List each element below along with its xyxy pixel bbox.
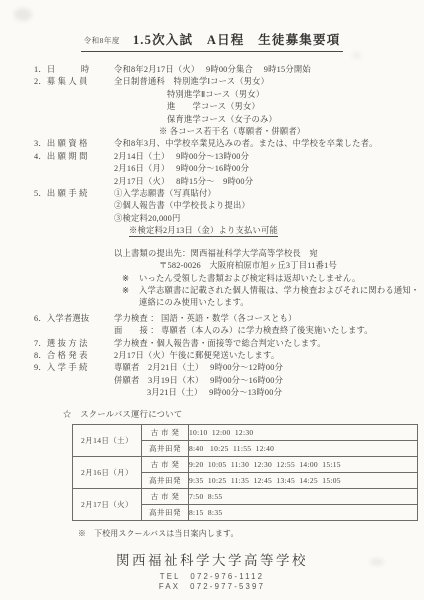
section-method: 7．選 抜 方 法 学力検査・個人報告書・面接等で総合判定いたします。 — [34, 338, 416, 350]
procedure-line: ②個人報告書（中学校長より提出） — [114, 200, 416, 212]
bus-times-cell: 9:35 10:25 11:35 12:45 13:45 14:25 15:05 — [189, 472, 418, 488]
enrollment-line: 3月21日（土） 9時00分～13時00分 — [147, 387, 416, 399]
section-selection-label: 6．入学者選抜 — [34, 313, 114, 325]
section-announcement-label: 8．合 格 発 表 — [34, 350, 114, 362]
enrollment-line: 併願者 3月19日（木） 9時00分～16時00分 — [114, 375, 416, 387]
enrollment-line: 専願者 2月21日（土） 9時00分～12時00分 — [114, 362, 416, 374]
bus-stop-cell: 高井田発 — [142, 440, 189, 456]
submission-block: 以上書類の提出先：関西福祉科学大学高等学校長 宛 〒582-0026 大阪府柏原… — [34, 248, 416, 310]
capacity-note: ※ 各コース若干名（専願者・併願者） — [159, 126, 416, 138]
page-title: 1.5次入試 A日程 生徒募集要項 — [133, 33, 341, 47]
tel-number: TEL 072-976-1112 — [0, 572, 424, 583]
section-period: 4．出 願 期 間 2月14日（土） 9時00分～13時00分 — [34, 151, 416, 163]
period-line: 2月16日（月） 9時00分～16時00分 — [114, 163, 416, 175]
bus-date-cell: 2月16日（月） — [73, 456, 142, 488]
school-bus-heading: ☆ スクールバス運行について — [63, 408, 424, 420]
section-capacity-label: 2．募 集 人 員 — [34, 76, 114, 88]
section-announcement: 8．合 格 発 表 2月17日（火）午後に郵便発送いたします。 — [34, 350, 416, 362]
submission-note-text: 入学志願書に記載された個人情報は、学力検査およびそれに関わる通知・ — [139, 285, 419, 297]
bus-times-cell: 9:20 10:05 11:30 12:30 12:55 14:00 15:15 — [189, 456, 418, 472]
section-eligibility: 3．出 願 資 格 令和8年3月、中学校卒業見込みの者。または、中学校を卒業した… — [34, 138, 416, 150]
procedure-line: ③検定料20,000円 — [114, 213, 416, 225]
document-body: 1．日 時 令和8年2月17日（火） 9時00分集合 9時15分開始 2．募 集… — [34, 64, 416, 400]
section-enrollment-label: 9．入 学 手 続 — [34, 362, 114, 374]
table-row: 2月14日（土） 古 市 発 10:10 12:00 12:30 — [73, 424, 418, 440]
selection-line: 学力検査 ： 国語・英語・数学（各コースとも） — [114, 313, 416, 325]
document-footer: 関西福祉科学大学高等学校 TEL 072-976-1112 FAX 072-97… — [0, 549, 424, 593]
fee-payment-note-text: ※検定料2月13日（金）より支払い可能 — [129, 225, 278, 237]
scan-artifact — [14, 8, 32, 21]
section-procedure: 5．出 願 手 続 ①入学志願書（写真貼付） — [34, 188, 416, 200]
section-eligibility-label: 3．出 願 資 格 — [34, 138, 114, 150]
bus-return-note: ※ 下校用スクールバスは当日案内します。 — [78, 528, 424, 539]
bus-stop-cell: 高井田発 — [142, 472, 189, 488]
scanned-admission-document: 令和8年度 1.5次入試 A日程 生徒募集要項 1．日 時 令和8年2月17日（… — [0, 0, 424, 600]
submission-note-text: いったん受領した書類および検定料は返却いたしません。 — [139, 273, 360, 285]
course-line: 進 学コース（男女） — [167, 101, 416, 113]
fee-payment-note: ※検定料2月13日（金）より支払い可能 — [129, 225, 416, 237]
note-asterisk: ※ — [122, 285, 139, 297]
era-year-label: 令和8年度 — [84, 36, 120, 45]
submission-note: ※ 入学志願書に記載された個人情報は、学力検査およびそれに関わる通知・ — [122, 285, 416, 297]
section-method-label: 7．選 抜 方 法 — [34, 338, 114, 350]
section-method-text: 学力検査・個人報告書・面接等で総合判定いたします。 — [114, 338, 416, 350]
bus-date-cell: 2月14日（土） — [73, 424, 142, 456]
scan-artifact — [370, 558, 384, 566]
period-line: 2月17日（火） 8時15分～ 9時00分 — [114, 176, 416, 188]
bus-times-cell: 8:40 10:25 11:55 12:40 — [189, 440, 418, 456]
bus-stop-cell: 古 市 発 — [142, 488, 189, 504]
school-name: 関西福祉科学大学高等学校 — [0, 549, 424, 569]
section-date-label: 1．日 時 — [34, 64, 114, 76]
procedure-line: ①入学志願書（写真貼付） — [114, 188, 416, 200]
selection-line: 面 接 ： 専願者（本人のみ）に学力検査終了後実施いたします。 — [114, 325, 416, 337]
bus-stop-cell: 高井田発 — [142, 504, 189, 520]
table-row: 2月16日（月） 古 市 発 9:20 10:05 11:30 12:30 12… — [73, 456, 418, 472]
section-eligibility-text: 令和8年3月、中学校卒業見込みの者。または、中学校を卒業した者。 — [114, 138, 416, 150]
document-title-block: 令和8年度 1.5次入試 A日程 生徒募集要項 — [0, 0, 424, 52]
bus-stop-cell: 古 市 発 — [142, 456, 189, 472]
school-address: 〒582-0026 大阪府柏原市旭ヶ丘3丁目11番1号 — [159, 260, 416, 272]
fax-number: FAX 072-977-5397 — [0, 582, 424, 593]
bus-times-cell: 7:50 8:55 — [189, 488, 418, 504]
section-capacity-text: 全日制普通科 特別進学Ⅰコース（男女） — [114, 76, 416, 88]
note-asterisk: ※ — [122, 273, 139, 285]
bus-date-cell: 2月17日（火） — [73, 488, 142, 520]
section-date: 1．日 時 令和8年2月17日（火） 9時00分集合 9時15分開始 — [34, 64, 416, 76]
scan-artifact — [352, 52, 362, 59]
submission-note-continuation: 連絡にのみ使用いたします。 — [139, 297, 416, 309]
table-row: 2月17日（火） 古 市 発 7:50 8:55 — [73, 488, 418, 504]
submission-note: ※ いったん受領した書類および検定料は返却いたしません。 — [122, 273, 416, 285]
period-line: 2月14日（土） 9時00分～13時00分 — [114, 151, 416, 163]
school-bus-timetable: 2月14日（土） 古 市 発 10:10 12:00 12:30 高井田発 8:… — [72, 424, 418, 521]
submission-destination: 以上書類の提出先：関西福祉科学大学高等学校長 宛 — [114, 248, 416, 260]
course-line: 特別進学Ⅱコース（男女） — [167, 89, 416, 101]
section-enrollment: 9．入 学 手 続 専願者 2月21日（土） 9時00分～12時00分 — [34, 362, 416, 374]
section-announcement-text: 2月17日（火）午後に郵便発送いたします。 — [114, 350, 416, 362]
document-title-underline: 令和8年度 1.5次入試 A日程 生徒募集要項 — [81, 30, 344, 52]
bus-times-cell: 10:10 12:00 12:30 — [189, 424, 418, 440]
bus-stop-cell: 古 市 発 — [142, 424, 189, 440]
section-selection: 6．入学者選抜 学力検査 ： 国語・英語・数学（各コースとも） — [34, 313, 416, 325]
section-date-text: 令和8年2月17日（火） 9時00分集合 9時15分開始 — [114, 64, 416, 76]
section-period-label: 4．出 願 期 間 — [34, 151, 114, 163]
section-procedure-label: 5．出 願 手 続 — [34, 188, 114, 200]
course-line: 保育進学コース（女子のみ） — [167, 114, 416, 126]
bus-times-cell: 8:15 8:35 — [189, 504, 418, 520]
section-capacity: 2．募 集 人 員 全日制普通科 特別進学Ⅰコース（男女） — [34, 76, 416, 88]
